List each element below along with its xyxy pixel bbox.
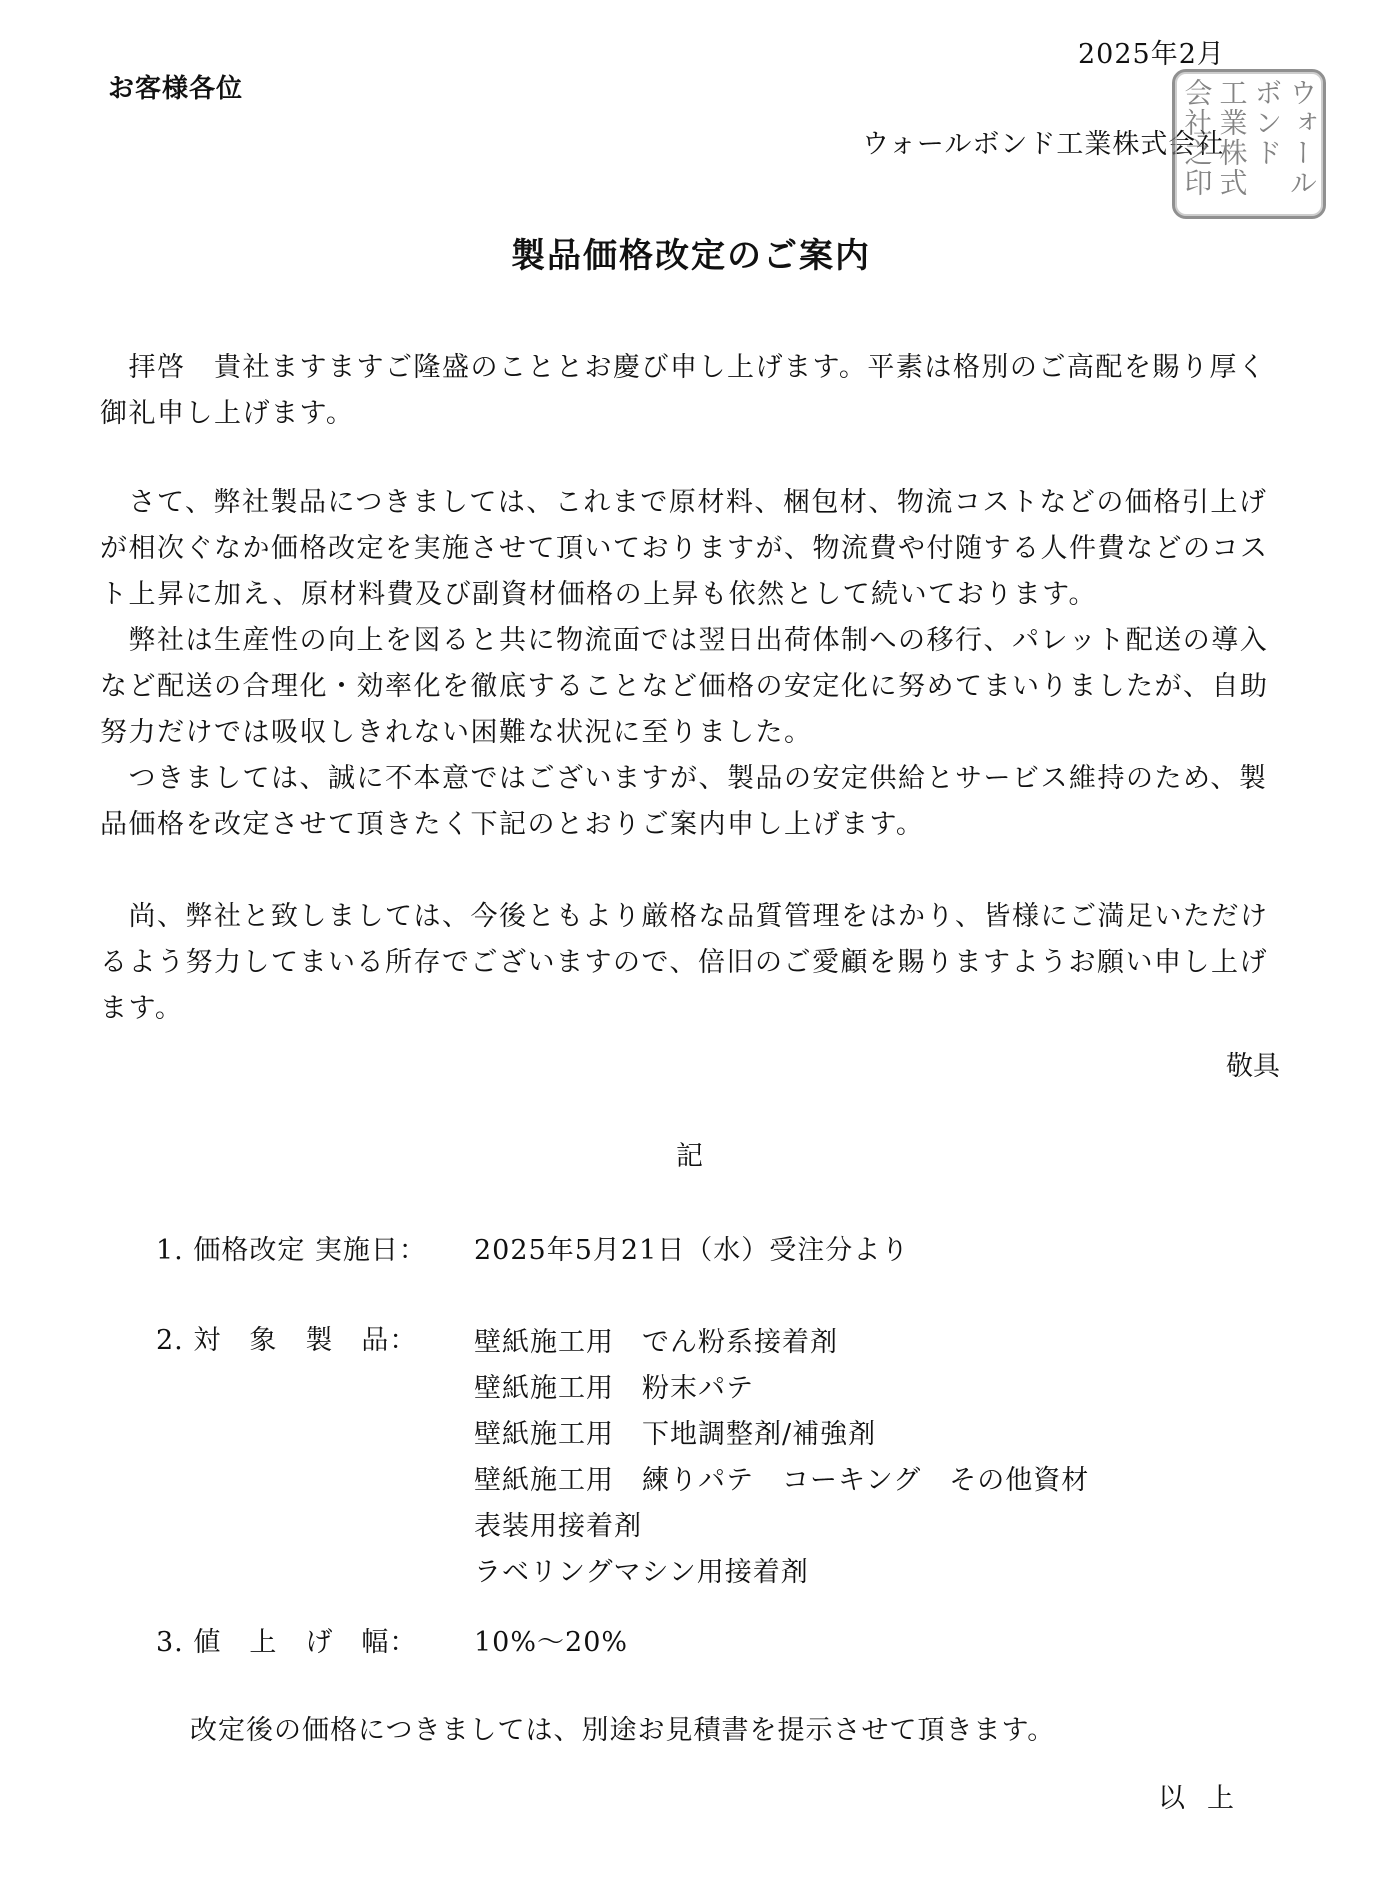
stamp-column: ボンド [1252, 78, 1282, 210]
quotation-note: 改定後の価格につきましては、別途お見積書を提示させて頂きます。 [190, 1708, 1055, 1747]
text-line: つきましては、誠に不本意ではございますが、製品の安定供給とサービス維持のため、製 [100, 756, 1300, 802]
addressee: お客様各位 [108, 68, 243, 105]
product-item: 壁紙施工用 でん粉系接着剤 [474, 1320, 1089, 1366]
greeting-paragraph: 拝啓 貴社ますますご隆盛のこととお慶び申し上げます。平素は格別のご高配を賜り厚く… [100, 345, 1300, 437]
detail-value: 2025年5月21日（水）受注分より [474, 1228, 909, 1267]
end-mark: 以上 [1158, 1776, 1256, 1815]
issue-date: 2025年2月 [1078, 32, 1225, 71]
product-item: 壁紙施工用 粉末パテ [474, 1366, 1089, 1412]
product-item: ラベリングマシン用接着剤 [474, 1550, 1089, 1596]
product-item: 壁紙施工用 練りパテ コーキング その他資材 [474, 1458, 1089, 1504]
product-item: 表装用接着剤 [474, 1504, 1089, 1550]
text-line: 努力だけでは吸収しきれない困難な状況に至りました。 [100, 710, 1300, 756]
text-line: 品価格を改定させて頂きたく下記のとおりご案内申し上げます。 [100, 802, 1300, 848]
text-line: さて、弊社製品につきましては、これまで原材料、梱包材、物流コストなどの価格引上げ [100, 480, 1300, 526]
text-line: 弊社は生産性の向上を図ると共に物流面では翌日出荷体制への移行、パレット配送の導入 [100, 618, 1300, 664]
paragraph-cost-increase: さて、弊社製品につきましては、これまで原材料、梱包材、物流コストなどの価格引上げ… [100, 480, 1300, 618]
text-line: るよう努力してまいる所存でございますので、倍旧のご愛顧を賜りますようお願い申し上… [100, 940, 1300, 986]
text-line: ト上昇に加え、原材料費及び副資材価格の上昇も依然として続いております。 [100, 572, 1300, 618]
text-line: 尚、弊社と致しましては、今後ともより厳格な品質管理をはかり、皆様にご満足いただけ [100, 894, 1300, 940]
text-line: が相次ぐなか価格改定を実施させて頂いておりますが、物流費や付随する人件費などのコ… [100, 526, 1300, 572]
detail-item-target-products: 2. 対 象 製 品： [156, 1318, 474, 1357]
detail-item-increase-range: 3. 値 上 げ 幅：10%～20% [156, 1620, 628, 1659]
stamp-column: 工業株式 [1217, 78, 1247, 210]
product-item: 壁紙施工用 下地調整剤/補強剤 [474, 1412, 1089, 1458]
detail-label: 2. 対 象 製 品： [156, 1318, 474, 1357]
closing-keigu: 敬具 [1226, 1044, 1280, 1083]
company-seal-stamp-icon: ウォール ボンド 工業株式 会社之印 [1172, 69, 1326, 219]
paragraph-quality-commitment: 尚、弊社と致しましては、今後ともより厳格な品質管理をはかり、皆様にご満足いただけ… [100, 894, 1300, 1032]
text-line: 御礼申し上げます。 [100, 391, 1300, 437]
detail-label: 1. 価格改定 実施日： [156, 1228, 474, 1267]
paragraph-revision-notice: つきましては、誠に不本意ではございますが、製品の安定供給とサービス維持のため、製… [100, 756, 1300, 848]
paragraph-efforts: 弊社は生産性の向上を図ると共に物流面では翌日出荷体制への移行、パレット配送の導入… [100, 618, 1300, 756]
text-line: など配送の合理化・効率化を徹底することなど価格の安定化に努めてまいりましたが、自… [100, 664, 1300, 710]
detail-label: 3. 値 上 げ 幅： [156, 1620, 474, 1659]
document-title: 製品価格改定のご案内 [0, 228, 1382, 277]
company-name: ウォールボンド工業株式会社 [862, 122, 1224, 161]
text-line: ます。 [100, 986, 1300, 1032]
stamp-column: 会社之印 [1182, 78, 1212, 210]
details-heading: 記 [676, 1134, 703, 1173]
stamp-column: ウォール [1287, 78, 1317, 210]
text-line: 拝啓 貴社ますますご隆盛のこととお慶び申し上げます。平素は格別のご高配を賜り厚く [100, 345, 1300, 391]
detail-item-effective-date: 1. 価格改定 実施日：2025年5月21日（水）受注分より [156, 1228, 909, 1267]
product-list: 壁紙施工用 でん粉系接着剤 壁紙施工用 粉末パテ 壁紙施工用 下地調整剤/補強剤… [474, 1320, 1089, 1596]
detail-value: 10%～20% [474, 1620, 628, 1659]
